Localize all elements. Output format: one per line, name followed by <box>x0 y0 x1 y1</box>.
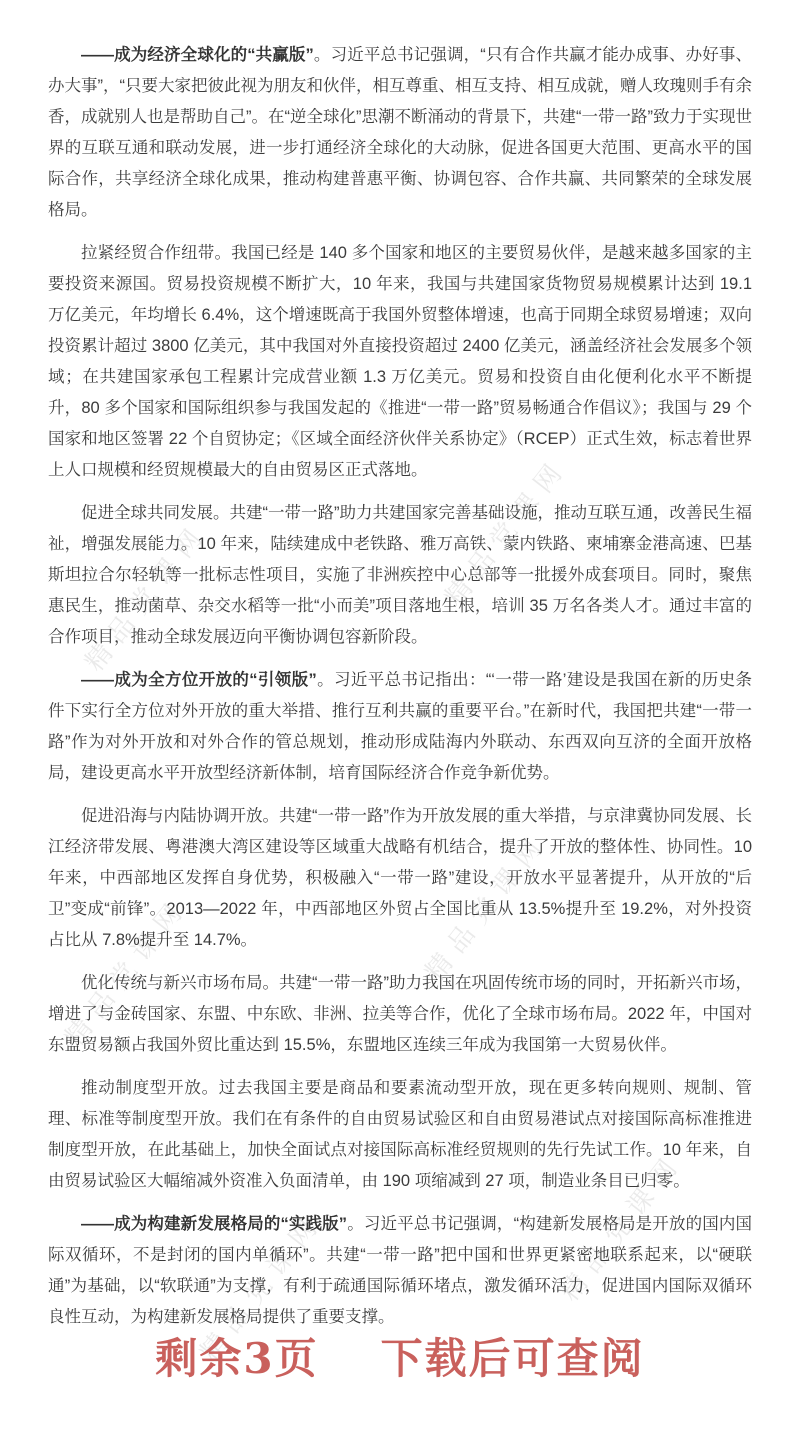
paragraph-text: 拉紧经贸合作纽带。我国已经是 140 多个国家和地区的主要贸易伙伴，是越来越多国… <box>48 244 752 479</box>
paragraph-text: 促进全球共同发展。共建“一带一路”助力共建国家完善基础设施，推动互联互通，改善民… <box>48 504 752 646</box>
download-hint-label: 下载后可查阅 <box>381 1334 645 1383</box>
paragraph-global-development: 促进全球共同发展。共建“一带一路”助力共建国家完善基础设施，推动互联互通，改善民… <box>48 498 752 653</box>
paragraph-text: 优化传统与新兴市场布局。共建“一带一路”助力我国在巩固传统市场的同时，开拓新兴市… <box>48 974 752 1054</box>
paragraph-leading-version: ——成为全方位开放的“引领版”。习近平总书记指出：“‘一带一路’建设是我国在新的… <box>48 665 752 789</box>
paragraph-market-layout: 优化传统与新兴市场布局。共建“一带一路”助力我国在巩固传统市场的同时，开拓新兴市… <box>48 968 752 1061</box>
paragraph-lead-bold: ——成为全方位开放的“引领版” <box>81 671 317 689</box>
document-body: ——成为经济全球化的“共赢版”。习近平总书记强调，“只有合作共赢才能办成事、办好… <box>48 40 752 1345</box>
paragraph-lead-bold: ——成为经济全球化的“共赢版” <box>81 46 314 64</box>
paragraph-institutional-opening: 推动制度型开放。过去我国主要是商品和要素流动型开放，现在更多转向规则、规制、管理… <box>48 1073 752 1197</box>
paragraph-trade-cooperation: 拉紧经贸合作纽带。我国已经是 140 多个国家和地区的主要贸易伙伴，是越来越多国… <box>48 238 752 486</box>
download-banner[interactable]: 剩余3页下载后可查阅 <box>0 1326 800 1386</box>
paragraph-lead-bold: ——成为构建新发展格局的“实践版” <box>81 1215 347 1233</box>
paragraph-text: 。习近平总书记强调，“只有合作共赢才能办成事、办好事、办大事”，“只要大家把彼此… <box>48 46 752 219</box>
paragraph-coastal-inland-opening: 促进沿海与内陆协调开放。共建“一带一路”作为开放发展的重大举措，与京津冀协同发展… <box>48 801 752 956</box>
paragraph-win-win-version: ——成为经济全球化的“共赢版”。习近平总书记强调，“只有合作共赢才能办成事、办好… <box>48 40 752 226</box>
paragraph-practice-version: ——成为构建新发展格局的“实践版”。习近平总书记强调，“构建新发展格局是开放的国… <box>48 1209 752 1333</box>
paragraph-text: 促进沿海与内陆协调开放。共建“一带一路”作为开放发展的重大举措，与京津冀协同发展… <box>48 807 752 949</box>
paragraph-text: 推动制度型开放。过去我国主要是商品和要素流动型开放，现在更多转向规则、规制、管理… <box>48 1079 752 1190</box>
remaining-pages-label: 剩余3页 <box>155 1334 318 1383</box>
